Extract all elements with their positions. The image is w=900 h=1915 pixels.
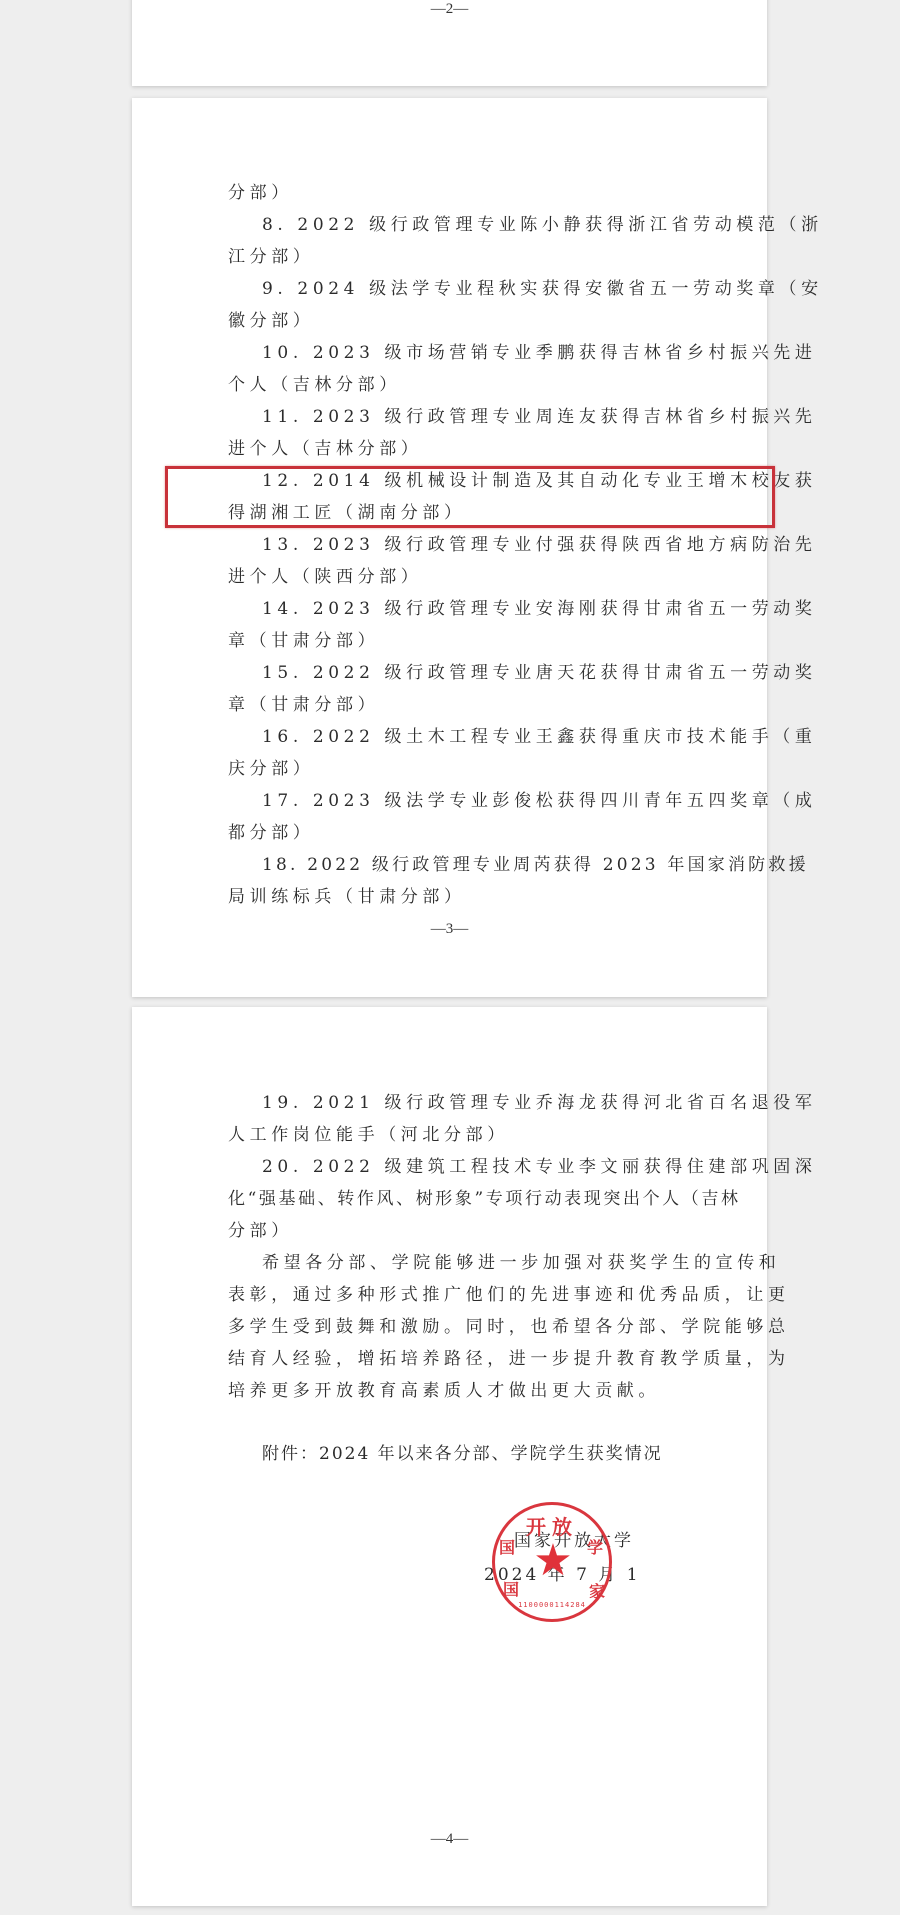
highlighted-text-line: 12. 2014 级机械设计制造及其自动化专业王增木校友获: [262, 471, 817, 491]
seal-left2-text: 国: [503, 1577, 519, 1600]
text-line: 8. 2022 级行政管理专业陈小静获得浙江省劳动模范（浙: [262, 215, 823, 235]
text-line: 15. 2022 级行政管理专业唐天花获得甘肃省五一劳动奖: [262, 663, 817, 683]
text-line: 人工作岗位能手（河北分部）: [228, 1125, 509, 1145]
text-line: 10. 2023 级市场营销专业季鹏获得吉林省乡村振兴先进: [262, 343, 817, 363]
text-line: 希望各分部、学院能够进一步加强对获奖学生的宣传和: [262, 1253, 780, 1273]
seal-code: 1100000114284: [495, 1601, 609, 1609]
text-line: 徽分部）: [228, 311, 314, 331]
text-line: 局训练标兵（甘肃分部）: [228, 887, 466, 907]
page-number: —3—: [132, 921, 767, 938]
text-line: 表彰，通过多种形式推广他们的先进事迹和优秀品质，让更: [228, 1285, 790, 1305]
seal-right-text: 学: [587, 1535, 603, 1558]
text-line: 13. 2023 级行政管理专业付强获得陕西省地方病防治先: [262, 535, 817, 555]
text-line: 化“强基础、转作风、树形象”专项行动表现突出个人（吉林: [228, 1189, 741, 1209]
text-line: 培养更多开放教育高素质人才做出更大贡献。: [228, 1381, 660, 1401]
text-line: 结育人经验，增拓培养路径，进一步提升教育教学质量，为: [228, 1349, 790, 1369]
text-line: 个人（吉林分部）: [228, 375, 401, 395]
text-line: 11. 2023 级行政管理专业周连友获得吉林省乡村振兴先: [262, 407, 817, 427]
text-line: 庆分部）: [228, 759, 314, 779]
text-line: 9. 2024 级法学专业程秋实获得安徽省五一劳动奖章（安: [262, 279, 823, 299]
official-seal: 开放 国 学 国 家 ★ 1100000114284: [492, 1502, 612, 1622]
star-icon: ★: [531, 1539, 575, 1583]
text-line: 20. 2022 级建筑工程技术专业李文丽获得住建部巩固深: [262, 1157, 817, 1177]
text-line: 江分部）: [228, 247, 314, 267]
document-page-4: 19. 2021 级行政管理专业乔海龙获得河北省百名退役军 人工作岗位能手（河北…: [132, 1007, 767, 1906]
text-line: 进个人（陕西分部）: [228, 567, 422, 587]
document-page-2: —2—: [132, 0, 767, 86]
text-line: 19. 2021 级行政管理专业乔海龙获得河北省百名退役军: [262, 1093, 817, 1113]
text-line: 16. 2022 级土木工程专业王鑫获得重庆市技术能手（重: [262, 727, 817, 747]
text-line: 分部）: [228, 1221, 293, 1241]
text-line: 都分部）: [228, 823, 314, 843]
text-line: 章（甘肃分部）: [228, 631, 379, 651]
text-line: 章（甘肃分部）: [228, 695, 379, 715]
text-line: 17. 2023 级法学专业彭俊松获得四川青年五四奖章（成: [262, 791, 817, 811]
text-line: 多学生受到鼓舞和激励。同时，也希望各分部、学院能够总: [228, 1317, 790, 1337]
seal-right2-text: 家: [589, 1579, 605, 1602]
text-line: 14. 2023 级行政管理专业安海刚获得甘肃省五一劳动奖: [262, 599, 817, 619]
highlighted-text-line: 得湖湘工匠（湖南分部）: [228, 503, 466, 523]
seal-left-text: 国: [499, 1535, 515, 1558]
text-line: 进个人（吉林分部）: [228, 439, 422, 459]
text-line: 分部）: [228, 183, 293, 203]
document-page-3: 分部） 8. 2022 级行政管理专业陈小静获得浙江省劳动模范（浙 江分部） 9…: [132, 98, 767, 997]
page-number: —4—: [132, 1831, 767, 1848]
page-number: —2—: [132, 1, 767, 18]
attachment-line: 附件：2024 年以来各分部、学院学生获奖情况: [262, 1444, 663, 1464]
text-line: 18. 2022 级行政管理专业周芮获得 2023 年国家消防救援: [262, 855, 809, 875]
